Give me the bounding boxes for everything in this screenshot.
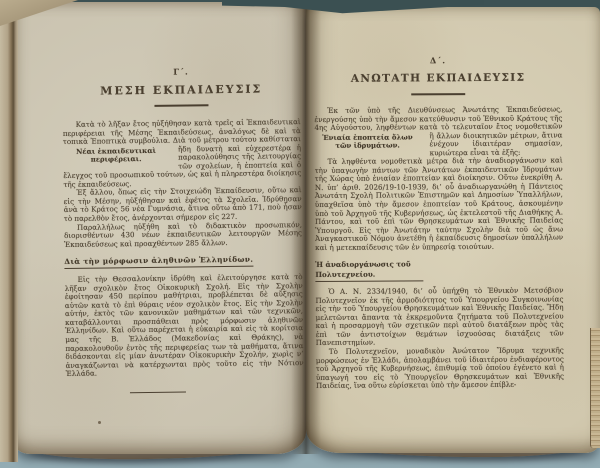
book-left-fore-edge	[0, 0, 18, 462]
left-paragraph-1-lead: Κατὰ τὸ λῆξαν ἔτος ηὐξήθησαν κατὰ τρεῖς …	[63, 118, 301, 147]
right-paragraph-3: Ὁ Α. Ν. 2334/1940, δι’ οὗ ὑπήχθη τὸ Ἐθνι…	[315, 287, 563, 348]
right-paragraph-4: Τὸ Πολυτεχνεῖον, μοναδικὸν Ἀνώτατον Ἵδρυ…	[316, 347, 564, 391]
right-paragraph-1-lead: Ἐκ τῶν ὑπὸ τῆς Διευθύνσεως Ἀνωτάτης Ἐκπα…	[314, 105, 562, 132]
right-title-rule	[411, 93, 465, 95]
left-page-title: ΜΕΣΗ ΕΚΠΑΙΔΕΥΣΙΣ	[62, 82, 300, 98]
left-section-number: Γ΄.	[62, 65, 300, 78]
paper-speck	[98, 421, 101, 424]
left-sidenote: Νέαι ἐκπαιδευτικαὶ περιφέρειαι.	[63, 146, 169, 164]
right-subheading: Ἡ ἀναδιοργάνωσις τοῦ Πολυτεχνείου.	[315, 260, 423, 283]
right-paragraph-1-wrap: Ἑνιαία ἐποπτεία ὅλων τῶν ἱδρυμάτων. ἢ ἄλ…	[314, 131, 562, 158]
left-paragraph-2: Ἐξ ἄλλου, ὅπως εἰς τὴν Στοιχειώδη Ἐκπαίδ…	[63, 186, 301, 223]
right-page-content: Δ΄. ΑΝΩΤΑΤΗ ΕΚΠΑΙΔΕΥΣΙΣ Ἐκ τῶν ὑπὸ τῆς Δ…	[314, 54, 564, 390]
left-page-content: Γ΄. ΜΕΣΗ ΕΚΠΑΙΔΕΥΣΙΣ Κατὰ τὸ λῆξαν ἔτος …	[62, 65, 304, 394]
left-paragraph-1-wrap: Νέαι ἐκπαιδευτικαὶ περιφέρειαι. ἤδη δυνα…	[63, 144, 302, 190]
right-section-number: Δ΄.	[314, 54, 562, 66]
right-page-title: ΑΝΩΤΑΤΗ ΕΚΠΑΙΔΕΥΣΙΣ	[314, 71, 562, 86]
right-sidenote: Ἑνιαία ἐποπτεία ὅλων τῶν ἱδρυμάτων.	[314, 133, 420, 151]
right-paragraph-2: Τὰ ληφθέντα νομοθετικὰ μέτρα διὰ τὴν ἀνα…	[315, 157, 564, 253]
left-subheading: Διὰ τὴν μόρφωσιν ἀληθινῶν Ἑλληνίδων.	[64, 255, 253, 269]
open-book-photo: Γ΄. ΜΕΣΗ ΕΚΠΑΙΔΕΥΣΙΣ Κατὰ τὸ λῆξαν ἔτος …	[0, 0, 600, 468]
left-paragraph-4: Εἰς τὴν Θεσσαλονίκην ἱδρύθη καὶ ἐλειτούρ…	[65, 273, 304, 378]
left-title-rule	[154, 104, 208, 107]
left-paragraph-3: Παραλλήλως ηὐξήθη καὶ τὸ διδακτικὸν προσ…	[64, 221, 302, 250]
right-fore-edge-pages	[590, 328, 600, 448]
